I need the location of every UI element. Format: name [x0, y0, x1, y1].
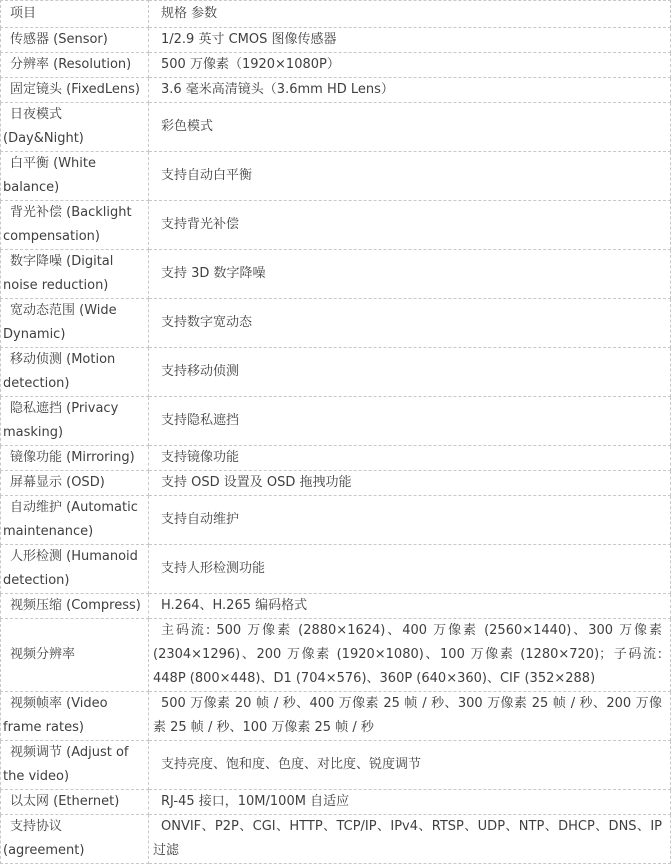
value-cell: 支持移动侦测	[149, 348, 671, 397]
value-cell: 支持亮度、饱和度、色度、对比度、锐度调节	[149, 741, 671, 790]
item-cell: 传感器 (Sensor)	[1, 28, 149, 53]
table-row: 传感器 (Sensor)1/2.9 英寸 CMOS 图像传感器	[1, 28, 671, 53]
item-cell: 镜像功能 (Mirroring)	[1, 446, 149, 471]
item-cell: 移动侦测 (Motion detection)	[1, 348, 149, 397]
item-cell: 背光补偿 (Backlight compensation)	[1, 201, 149, 250]
table-row: 视频分辨率主码流: 500 万像素 (2880×1624)、400 万像素 (2…	[1, 619, 671, 692]
item-cell: 视频压缩 (Compress)	[1, 594, 149, 619]
value-cell: 支持背光补偿	[149, 201, 671, 250]
value-cell: 支持 3D 数字降噪	[149, 250, 671, 299]
table-row: 分辨率 (Resolution)500 万像素（1920×1080P）	[1, 53, 671, 78]
item-cell: 白平衡 (White balance)	[1, 152, 149, 201]
value-cell: 支持自动白平衡	[149, 152, 671, 201]
item-cell: 视频帧率 (Video frame rates)	[1, 692, 149, 741]
value-cell: 3.6 毫米高清镜头（3.6mm HD Lens）	[149, 78, 671, 103]
value-cell: H.264、H.265 编码格式	[149, 594, 671, 619]
table-row: 支持协议 (agreement)ONVIF、P2P、CGI、HTTP、TCP/I…	[1, 815, 671, 864]
header-item-cell: 项目	[1, 1, 149, 28]
table-row: 白平衡 (White balance)支持自动白平衡	[1, 152, 671, 201]
table-row: 屏幕显示 (OSD)支持 OSD 设置及 OSD 拖拽功能	[1, 471, 671, 496]
table-row: 固定镜头 (FixedLens)3.6 毫米高清镜头（3.6mm HD Lens…	[1, 78, 671, 103]
table-row: 数字降噪 (Digital noise reduction)支持 3D 数字降噪	[1, 250, 671, 299]
item-cell: 分辨率 (Resolution)	[1, 53, 149, 78]
value-cell: 主码流: 500 万像素 (2880×1624)、400 万像素 (2560×1…	[149, 619, 671, 692]
value-cell: 1/2.9 英寸 CMOS 图像传感器	[149, 28, 671, 53]
value-cell: RJ-45 接口，10M/100M 自适应	[149, 790, 671, 815]
spec-table-body: 传感器 (Sensor)1/2.9 英寸 CMOS 图像传感器分辨率 (Reso…	[1, 28, 671, 864]
value-cell: 支持数字宽动态	[149, 299, 671, 348]
item-cell: 视频分辨率	[1, 619, 149, 692]
item-cell: 支持协议 (agreement)	[1, 815, 149, 864]
header-spec-cell: 规格 参数	[149, 1, 671, 28]
table-row: 镜像功能 (Mirroring)支持镜像功能	[1, 446, 671, 471]
value-cell: ONVIF、P2P、CGI、HTTP、TCP/IP、IPv4、RTSP、UDP、…	[149, 815, 671, 864]
value-cell: 支持隐私遮挡	[149, 397, 671, 446]
table-row: 视频调节 (Adjust of the video)支持亮度、饱和度、色度、对比…	[1, 741, 671, 790]
item-cell: 视频调节 (Adjust of the video)	[1, 741, 149, 790]
table-row: 视频压缩 (Compress)H.264、H.265 编码格式	[1, 594, 671, 619]
value-cell: 支持自动维护	[149, 496, 671, 545]
table-header-row: 项目 规格 参数	[1, 1, 671, 28]
item-cell: 宽动态范围 (Wide Dynamic)	[1, 299, 149, 348]
spec-table: 项目 规格 参数 传感器 (Sensor)1/2.9 英寸 CMOS 图像传感器…	[0, 0, 671, 864]
table-row: 移动侦测 (Motion detection)支持移动侦测	[1, 348, 671, 397]
item-cell: 固定镜头 (FixedLens)	[1, 78, 149, 103]
table-row: 视频帧率 (Video frame rates)500 万像素 20 帧 / 秒…	[1, 692, 671, 741]
value-cell: 彩色模式	[149, 103, 671, 152]
value-cell: 支持人形检测功能	[149, 545, 671, 594]
item-cell: 隐私遮挡 (Privacy masking)	[1, 397, 149, 446]
table-row: 人形检测 (Humanoid detection)支持人形检测功能	[1, 545, 671, 594]
table-row: 背光补偿 (Backlight compensation)支持背光补偿	[1, 201, 671, 250]
value-cell: 500 万像素（1920×1080P）	[149, 53, 671, 78]
table-row: 隐私遮挡 (Privacy masking)支持隐私遮挡	[1, 397, 671, 446]
item-cell: 以太网 (Ethernet)	[1, 790, 149, 815]
item-cell: 数字降噪 (Digital noise reduction)	[1, 250, 149, 299]
table-row: 宽动态范围 (Wide Dynamic)支持数字宽动态	[1, 299, 671, 348]
table-row: 自动维护 (Automatic maintenance)支持自动维护	[1, 496, 671, 545]
table-row: 日夜模式 (Day&Night)彩色模式	[1, 103, 671, 152]
item-cell: 日夜模式 (Day&Night)	[1, 103, 149, 152]
value-cell: 支持镜像功能	[149, 446, 671, 471]
value-cell: 支持 OSD 设置及 OSD 拖拽功能	[149, 471, 671, 496]
table-row: 以太网 (Ethernet)RJ-45 接口，10M/100M 自适应	[1, 790, 671, 815]
item-cell: 屏幕显示 (OSD)	[1, 471, 149, 496]
item-cell: 自动维护 (Automatic maintenance)	[1, 496, 149, 545]
item-cell: 人形检测 (Humanoid detection)	[1, 545, 149, 594]
value-cell: 500 万像素 20 帧 / 秒、400 万像素 25 帧 / 秒、300 万像…	[149, 692, 671, 741]
